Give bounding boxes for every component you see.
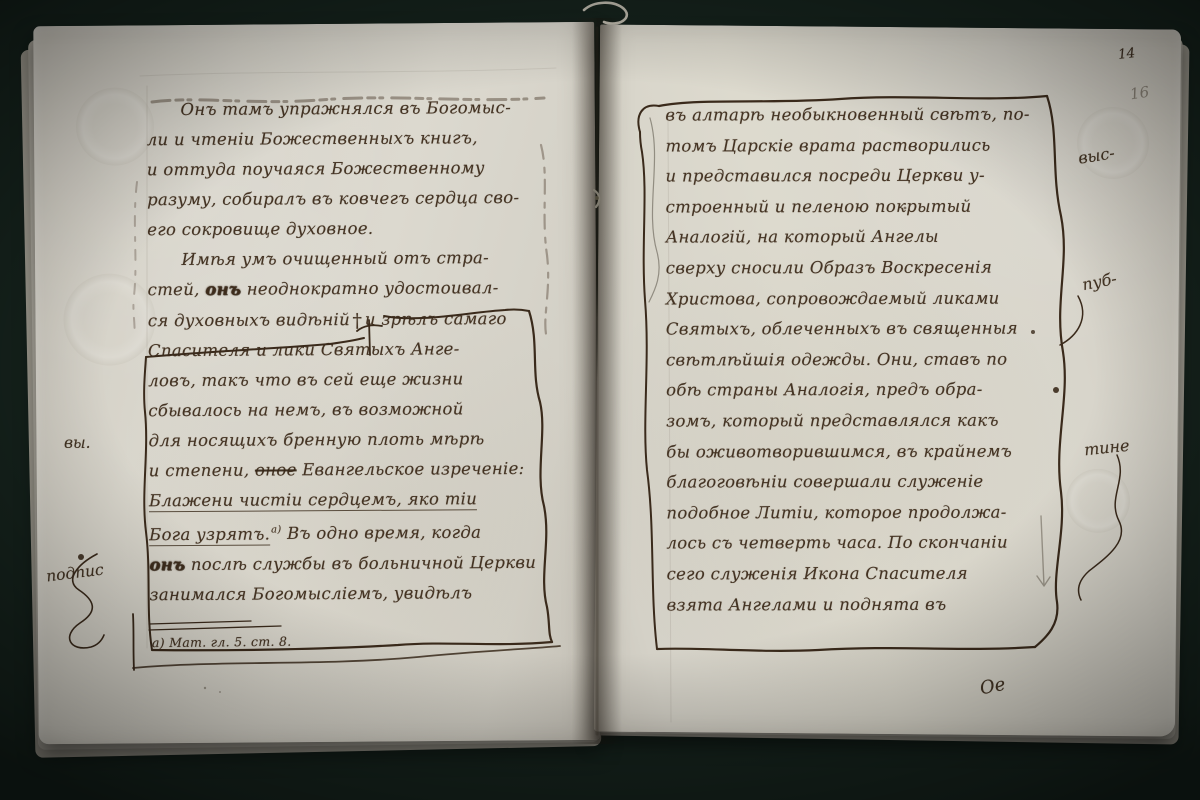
manuscript-line: ли и чтеніи Божественныхъ книгъ, [147,123,551,155]
manuscript-line: для носящихъ бренную плоть мѣрѣ [148,424,552,456]
manuscript-line: Аналогій, на который Ангелы [666,222,1054,254]
manuscript-line: ловъ, такъ что въ сей еще жизни [148,364,552,396]
manuscript-line: обѣ страны Аналогія, предъ обра- [666,375,1054,407]
manuscript-line: Имѣя умъ очищенный отъ стра- [147,243,551,275]
manuscript-line: сего служенія Икона Спасителя [667,558,1055,590]
manuscript-line: бы оживотворившимся, въ крайнемъ [666,436,1054,468]
manuscript-line: свѣтлѣйшія одежды. Они, ставъ по [666,344,1054,376]
manuscript-line: томъ Царскіе врата растворились [665,130,1053,162]
manuscript-line: и представился посреди Церкви у- [665,161,1053,193]
manuscript-line: разуму, собиралъ въ ковчегъ сердца сво- [147,183,551,215]
manuscript-line: Блажени чистіи сердцемъ, яко тіи [149,484,553,516]
manuscript-line: стей, онъ неоднократно удостоивал- [148,273,552,305]
paper-stain [76,87,155,166]
right-page-text: въ алтарѣ необыкновенный свѣтъ, по-томъ … [665,99,1054,620]
margin-note: вы. [64,434,91,452]
manuscript-line: сбывалось на немъ, въ возможной [148,394,552,426]
manuscript-line: Христова, сопровождаемый ликами [666,283,1054,315]
manuscript-line: Святыхъ, облеченныхъ въ священныя [666,314,1054,346]
manuscript-line: взята Ангелами и поднята въ [667,589,1055,621]
manuscript-line: строенный и пеленою покрытый [666,191,1054,223]
manuscript-line: занимался Богомысліемъ, увидѣлъ [149,577,553,609]
manuscript-line: Спасителя и лики Святыхъ Анге- [148,334,552,366]
manuscript-line: благоговѣніи совершали служеніе [666,467,1054,499]
manuscript-line: ся духовныхъ видѣній † и зрѣлъ самаго [148,303,552,336]
binding-thread [584,3,627,24]
manuscript-line: подобное Литіи, которое продолжа- [666,497,1054,529]
footnote: а) Мат. гл. 5. ст. 8. [152,633,372,650]
manuscript-line: Онъ тамъ упражнялся въ Богомыс- [146,93,550,125]
manuscript-line: Бога узрятъ.а) Въ одно время, когда [149,514,553,550]
left-page-text: Онъ тамъ упражнялся въ Богомыс-ли и чтен… [146,93,553,610]
manuscript-line: его сокровище духовное. [147,213,551,245]
paper-stain [63,273,156,366]
manuscript-line: онъ послѣ службы въ больничной Церкви [149,547,553,579]
page-number-ink: 14 [1117,45,1136,63]
paper-stain [1066,469,1131,534]
manuscript-line: и степени, оное Евангельское изреченіе: [149,454,553,486]
manuscript-line: зомъ, который представлялся какъ [666,405,1054,437]
manuscript-line: лось съ четверть часа. По скончаніи [666,528,1054,560]
page-number-pencil: 16 [1129,83,1151,104]
manuscript-line: сверху сносили Образъ Воскресенія [666,252,1054,284]
manuscript-line: въ алтарѣ необыкновенный свѣтъ, по- [665,99,1053,131]
manuscript-line: и оттуда поучаяся Божественному [147,153,551,185]
photo-backdrop: Онъ тамъ упражнялся въ Богомыс-ли и чтен… [0,0,1200,800]
